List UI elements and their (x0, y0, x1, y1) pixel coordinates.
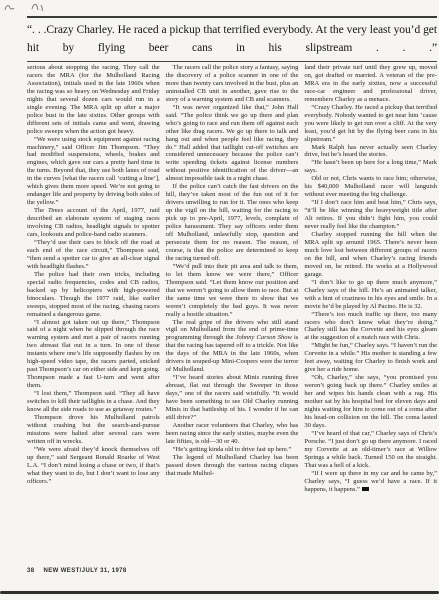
paragraph: The legend of Mulholland Charley has bee… (166, 454, 299, 478)
magazine-and-date: NEW WEST/JULY 31, 1978 (43, 568, 126, 574)
paragraph: “Might be fun,” Charley says. “I haven’t… (304, 342, 437, 374)
paragraph: “I’ve heard stories about Minis running … (166, 374, 299, 422)
pull-quote-block: “. . .Crazy Charley. He raced a pickup t… (27, 16, 437, 62)
text-column-2: The racers call the police story a fanta… (166, 64, 299, 493)
paragraph: serious about stopping the racing. They … (27, 64, 160, 136)
paragraph: The Times account of the April, 1977, ra… (27, 207, 160, 239)
paragraph: land their private turf until they grew … (304, 64, 437, 104)
paragraph: “He hasn’t been up here for a long time,… (304, 159, 437, 175)
paragraph: “We were afraid they’d knock themselves … (27, 446, 160, 486)
paragraph: “I’ve heard of that car,” Charley says o… (304, 430, 437, 470)
paragraph: “It was never organized like that,” John… (166, 104, 299, 184)
paragraph: If the police can’t catch the fast drive… (166, 183, 299, 263)
paragraph: “There’s too much traffic up there, too … (304, 311, 437, 343)
paragraph: “I lost them,” Thompson said. “They all … (27, 390, 160, 414)
pen-scribble-marks (2, 1, 72, 15)
paragraph: Mark Ralph has never actually seen Charl… (304, 144, 437, 160)
paragraph: “If I were up there in my car and he cam… (304, 470, 437, 494)
magazine-page: “. . .Crazy Charley. He raced a pickup t… (0, 0, 439, 600)
paragraph: “Oh, Charley,” she says, “you promised y… (304, 374, 437, 430)
paragraph: “He’s getting kinda old to drive fast up… (166, 446, 299, 454)
article-columns: serious about stopping the racing. They … (27, 64, 437, 493)
paragraph: Charley stopped running the hill when th… (304, 231, 437, 279)
bottom-scan-line (0, 591, 439, 594)
paragraph: “I almost got taken out up there,” Thomp… (27, 319, 160, 391)
text-column-1: serious about stopping the racing. They … (27, 64, 160, 493)
paragraph: Old or not, Chris wants to race him; oth… (304, 175, 437, 199)
end-mark (362, 487, 369, 490)
paragraph: The police had their own tricks, includi… (27, 271, 160, 319)
paragraph: The racers call the police story a fanta… (166, 64, 299, 104)
text-column-3: land their private turf until they grew … (304, 64, 437, 493)
page-footer: 38NEW WEST/JULY 31, 1978 (27, 568, 127, 574)
paragraph: “Crazy Charley. He raced a pickup that t… (304, 104, 437, 144)
paragraph: Another racer volunteers that Charley, w… (166, 422, 299, 446)
paragraph: “If I don’t race him and beat him,” Chri… (304, 199, 437, 231)
paragraph: “They’d use their cars to block off the … (27, 239, 160, 271)
pull-quote: “. . .Crazy Charley. He raced a pickup t… (27, 21, 437, 57)
paragraph: Thompson drove his Mulholland patrols wi… (27, 414, 160, 446)
paragraph: “We’d pull into their pit area and talk … (166, 263, 299, 319)
paragraph: “We were using stock equipment against r… (27, 136, 160, 208)
paragraph: “I don’t like to go up there much anymor… (304, 279, 437, 311)
paragraph: The real gripe of the drivers who still … (166, 319, 299, 375)
page-number: 38 (27, 568, 34, 574)
